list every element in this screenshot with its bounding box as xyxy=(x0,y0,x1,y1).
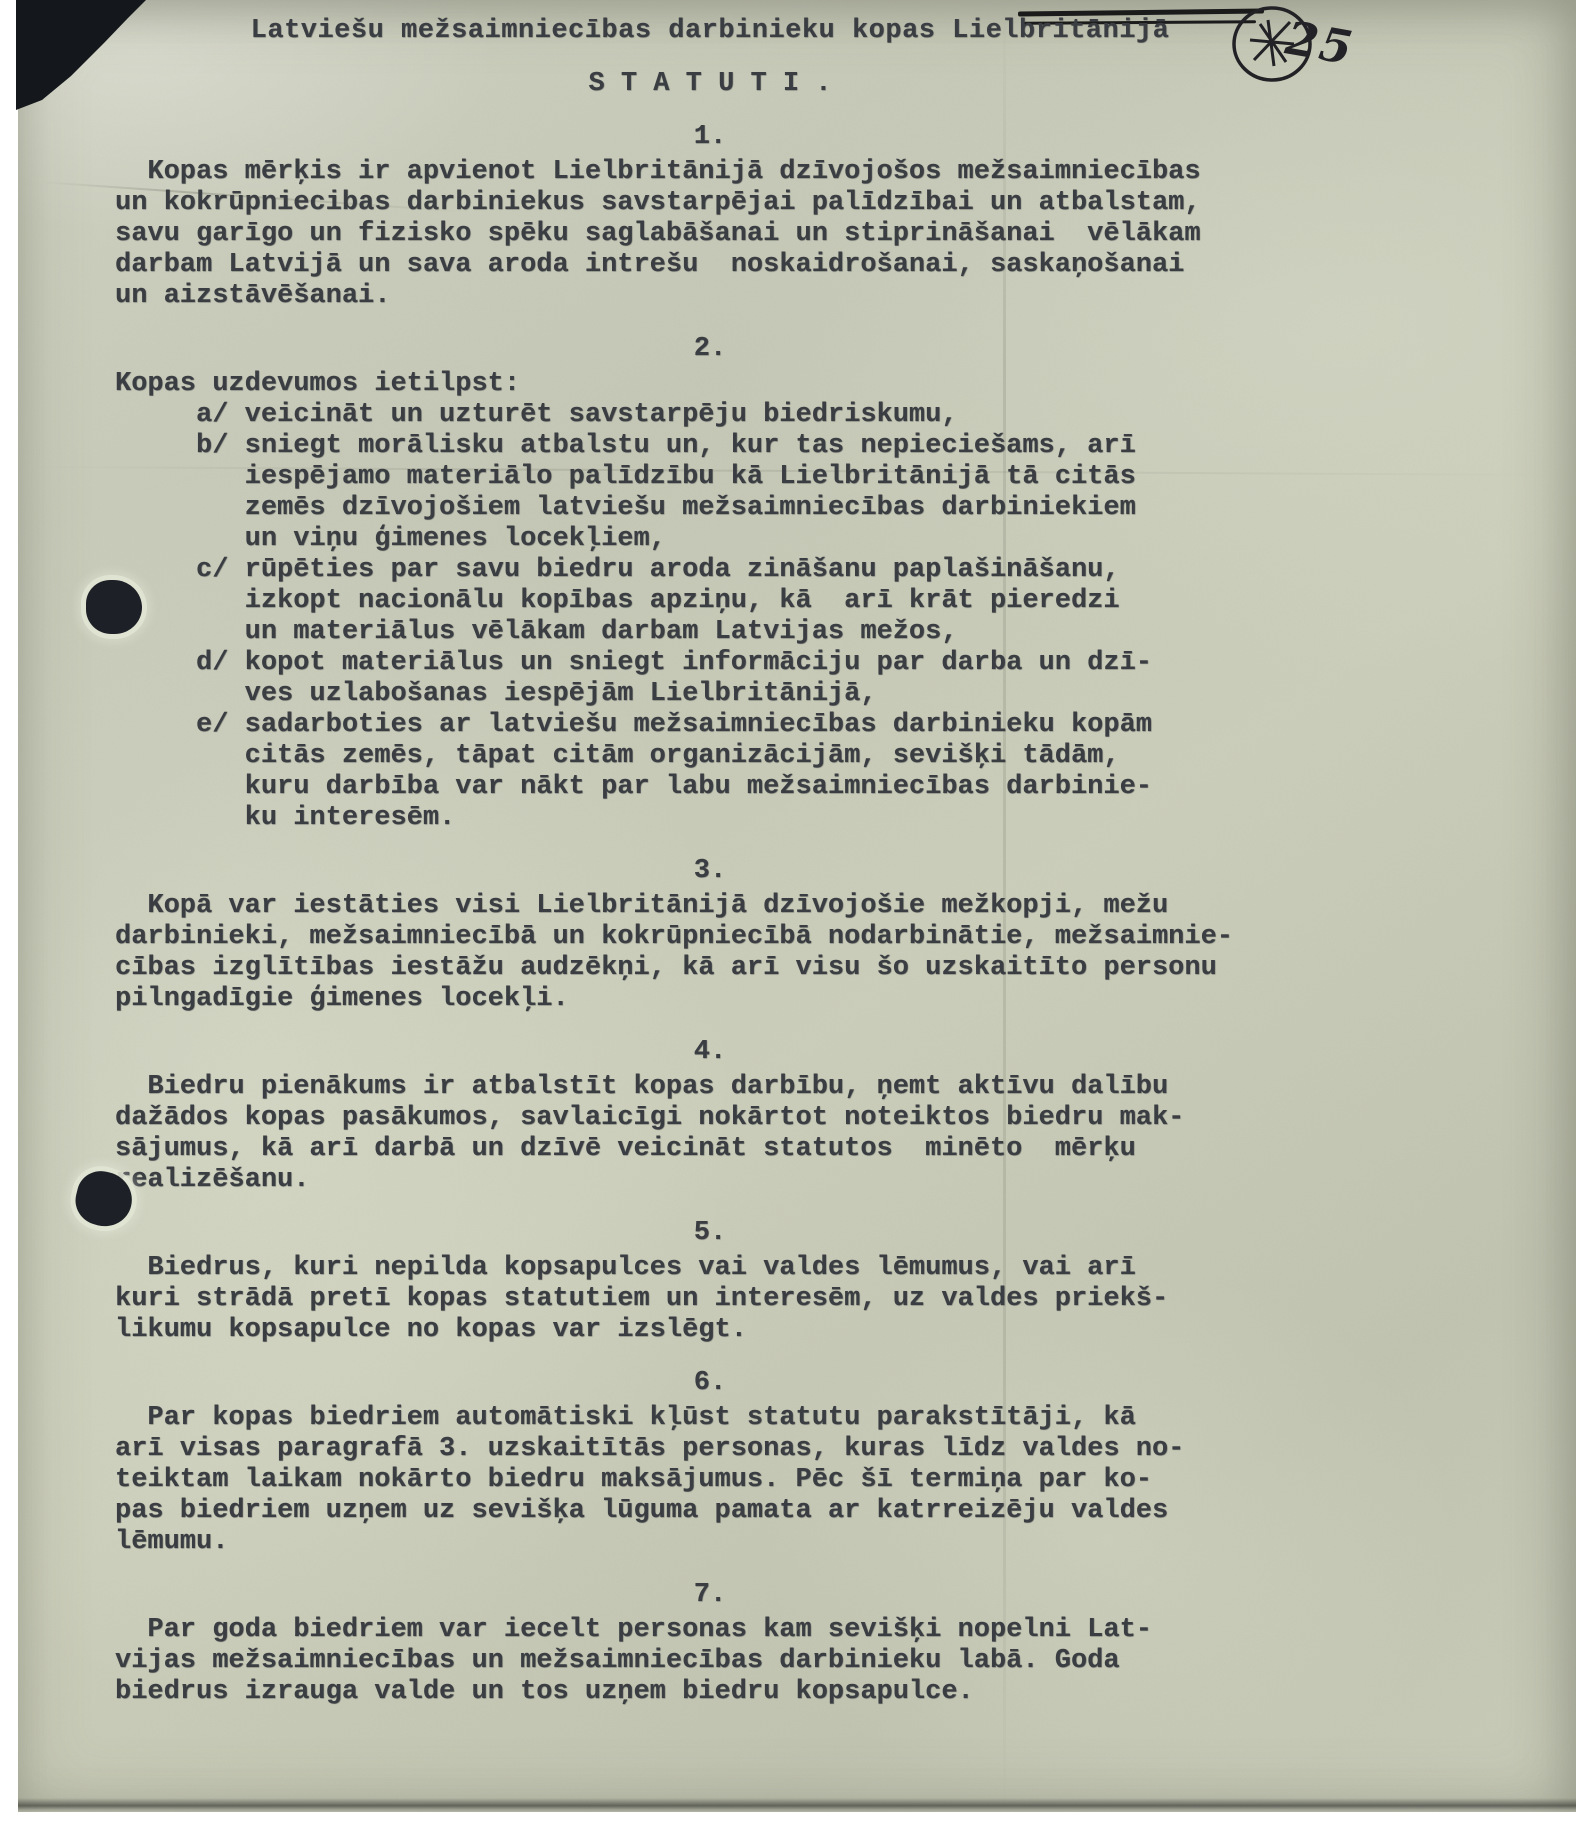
section-number: 3. xyxy=(115,856,1305,887)
text-line: pas biedriem uzņem uz sevišķa lūguma pam… xyxy=(115,1496,1305,1527)
section-number: 5. xyxy=(115,1218,1305,1249)
document-body: Latviešu mežsaimniecības darbinieku kopa… xyxy=(115,0,1305,1708)
section-number: 6. xyxy=(115,1368,1305,1399)
text-line: cības izglītības iestāžu audzēkņi, kā ar… xyxy=(115,953,1305,984)
section-number: 1. xyxy=(115,122,1305,153)
text-line: darbam Latvijā un sava aroda intrešu nos… xyxy=(115,250,1305,281)
text-line: arī visas paragrafā 3. uzskaitītās perso… xyxy=(115,1434,1305,1465)
section-number: 2. xyxy=(115,334,1305,365)
text-line: Par kopas biedriem automātiski kļūst sta… xyxy=(115,1403,1305,1434)
text-line: teiktam laikam nokārto biedru maksājumus… xyxy=(115,1465,1305,1496)
section-number: 4. xyxy=(115,1037,1305,1068)
text-line: kuru darbība var nākt par labu mežsaimni… xyxy=(115,772,1305,803)
text-line: Biedrus, kuri nepilda kopsapulces vai va… xyxy=(115,1253,1305,1284)
text-line: un viņu ģimenes locekļiem, xyxy=(115,524,1305,555)
text-line: c/ rūpēties par savu biedru aroda zināša… xyxy=(115,555,1305,586)
text-line: d/ kopot materiālus un sniegt informācij… xyxy=(115,648,1305,679)
text-line: lēmumu. xyxy=(115,1527,1305,1558)
punch-hole-top xyxy=(86,580,142,634)
text-line: sājumus, kā arī darbā un dzīvē veicināt … xyxy=(115,1134,1305,1165)
text-line: a/ veicināt un uzturēt savstarpēju biedr… xyxy=(115,400,1305,431)
text-line: kuri strādā pretī kopas statutiem un int… xyxy=(115,1284,1305,1315)
section-number: 7. xyxy=(115,1580,1305,1611)
text-line: pilngadīgie ģimenes locekļi. xyxy=(115,984,1305,1015)
document-heading: S T A T U T I . xyxy=(115,68,1305,100)
text-line: iespējamo materiālo palīdzību kā Lielbri… xyxy=(115,462,1305,493)
text-line: Par goda biedriem var iecelt personas ka… xyxy=(115,1615,1305,1646)
text-line: Kopā var iestāties visi Lielbritānijā dz… xyxy=(115,891,1305,922)
text-line: Biedru pienākums ir atbalstīt kopas darb… xyxy=(115,1072,1305,1103)
paper-sheet: 25 Latviešu mežsaimniecības darbinieku k… xyxy=(18,0,1576,1812)
text-line: un kokrūpniecibas darbiniekus savstarpēj… xyxy=(115,188,1305,219)
text-line: citās zemēs, tāpat citām organizācijām, … xyxy=(115,741,1305,772)
paper-bottom-edge xyxy=(18,1798,1576,1812)
text-line: darbinieki, mežsaimniecībā un kokrūpniec… xyxy=(115,922,1305,953)
text-line: realizēšanu. xyxy=(115,1165,1305,1196)
text-line: un materiālus vēlākam darbam Latvijas me… xyxy=(115,617,1305,648)
text-line: Kopas uzdevumos ietilpst: xyxy=(115,369,1305,400)
text-line: dažādos kopas pasākumos, savlaicīgi nokā… xyxy=(115,1103,1305,1134)
text-line: ves uzlabošanas iespējām Lielbritānijā, xyxy=(115,679,1305,710)
text-line: b/ sniegt morālisku atbalstu un, kur tas… xyxy=(115,431,1305,462)
text-line: Kopas mērķis ir apvienot Lielbritānijā d… xyxy=(115,157,1305,188)
text-line: zemēs dzīvojošiem latviešu mežsaimniecīb… xyxy=(115,493,1305,524)
text-line: biedrus izrauga valde un tos uzņem biedr… xyxy=(115,1677,1305,1708)
text-line: e/ sadarboties ar latviešu mežsaimniecīb… xyxy=(115,710,1305,741)
sections-container: 1. Kopas mērķis ir apvienot Lielbritānij… xyxy=(115,122,1305,1708)
text-line: vijas mežsaimniecības un mežsaimniecības… xyxy=(115,1646,1305,1677)
text-line: ku interesēm. xyxy=(115,803,1305,834)
text-line: likumu kopsapulce no kopas var izslēgt. xyxy=(115,1315,1305,1346)
document-title: Latviešu mežsaimniecības darbinieku kopa… xyxy=(115,14,1305,48)
text-line: savu garīgo un fizisko spēku saglabāšana… xyxy=(115,219,1305,250)
scanned-page: 25 Latviešu mežsaimniecības darbinieku k… xyxy=(0,0,1576,1831)
text-line: izkopt nacionālu kopības apziņu, kā arī … xyxy=(115,586,1305,617)
text-line: un aizstāvēšanai. xyxy=(115,281,1305,312)
